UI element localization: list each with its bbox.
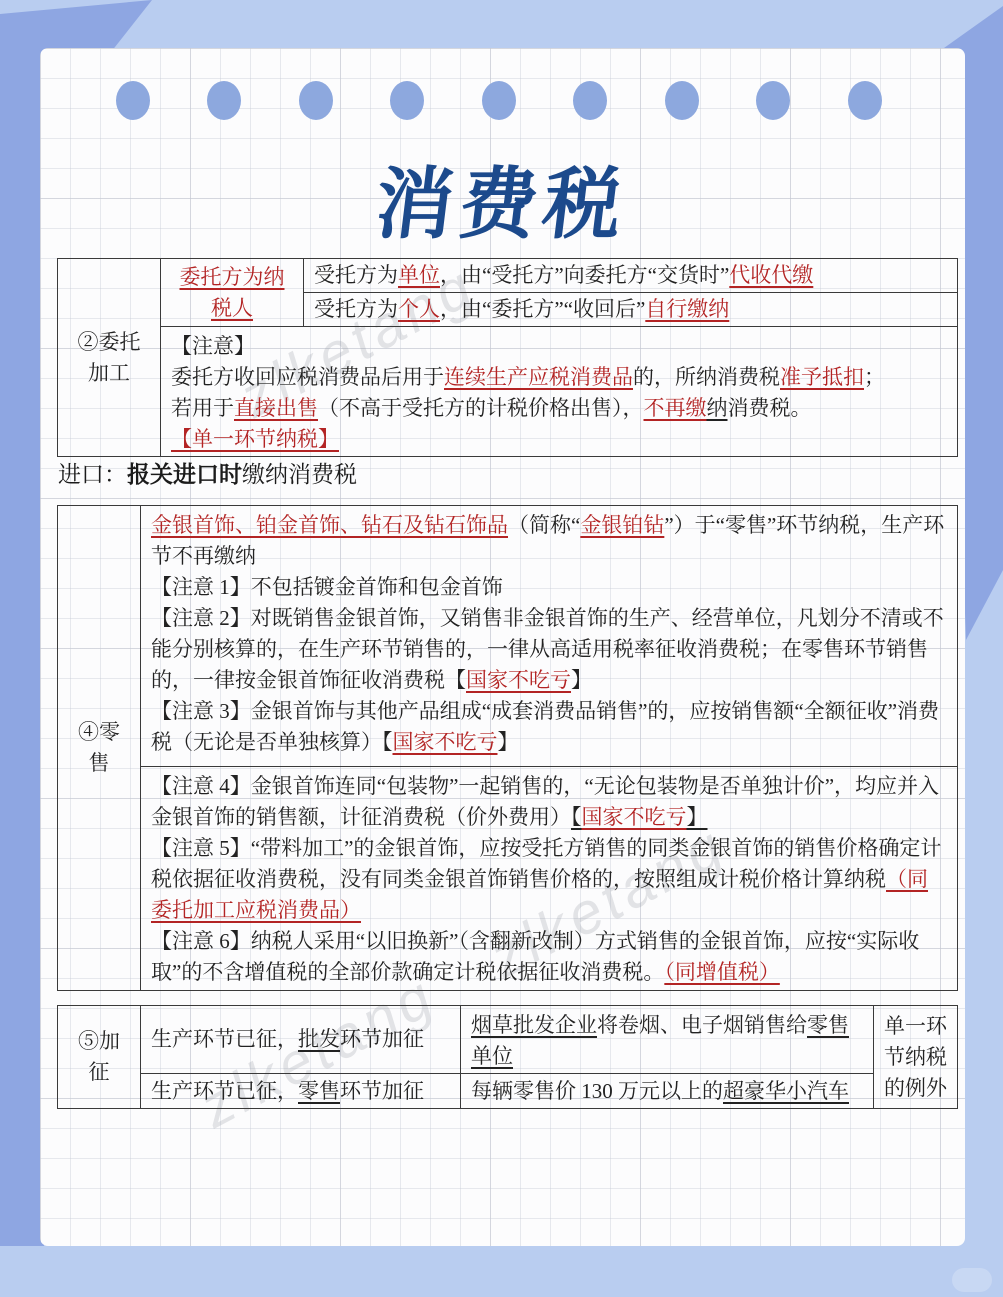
cell-retail-notes-2: 【注意 4】金银首饰连同“包装物”一起销售的，“无论包装物是否单独计价”，均应并… [141,767,958,991]
binding-hole-icon [482,81,516,120]
binding-hole-icon [299,81,333,120]
binding-hole-icon [848,81,882,120]
row-label-retail: ④零售 [58,506,141,991]
cell-luxury-car-case: 每辆零售价 130 万元以上的超豪华小汽车 [461,1074,874,1109]
table-retail: ④零售 金银首饰、铂金首饰、钻石及钻石饰品（简称“金银铂钻”）于“零售”环节纳税… [57,505,958,991]
cell-single-stage-exception: 单一环节纳税的例外 [874,1006,958,1109]
table-surcharge: ⑤加征 生产环节已征，批发环节加征 烟草批发企业将卷烟、电子烟销售给零售单位 单… [57,1005,958,1109]
binding-hole-icon [573,81,607,120]
table-commissioned-processing: ②委托加工 委托方为纳税人 受托方为单位，由“受托方”向委托方“交货时”代收代缴… [57,258,958,457]
cell-entrusted-unit: 受托方为单位，由“受托方”向委托方“交货时”代收代缴 [304,259,958,293]
row-label-commissioned-processing: ②委托加工 [58,259,161,457]
binding-hole-icon [390,81,424,120]
notebook-page: zlketang zlketang zlketang 消费税 ②委托加工 委托方… [40,48,965,1246]
cell-payer: 委托方为纳税人 [161,259,304,327]
page-title: 消费税 [33,142,972,254]
import-note: 进口：报关进口时缴纳消费税 [58,456,357,489]
cell-retail-notes-1: 金银首饰、铂金首饰、钻石及钻石饰品（简称“金银铂钻”）于“零售”环节纳税，生产环… [141,506,958,767]
binding-hole-icon [116,81,150,120]
cell-wholesale-surcharge: 生产环节已征，批发环节加征 [141,1006,461,1074]
binding-hole-icon [756,81,790,120]
cell-processing-note: 【注意】委托方收回应税消费品后用于连续生产应税消费品的，所纳消费税准予抵扣；若用… [161,327,958,457]
binding-hole-icon [207,81,241,120]
row-label-surcharge: ⑤加征 [58,1006,141,1109]
watermark-badge [952,1268,992,1292]
cell-retail-surcharge: 生产环节已征，零售环节加征 [141,1074,461,1109]
binding-hole-icon [665,81,699,120]
cell-entrusted-individual: 受托方为个人，由“委托方”“收回后”自行缴纳 [304,293,958,327]
cell-tobacco-case: 烟草批发企业将卷烟、电子烟销售给零售单位 [461,1006,874,1074]
